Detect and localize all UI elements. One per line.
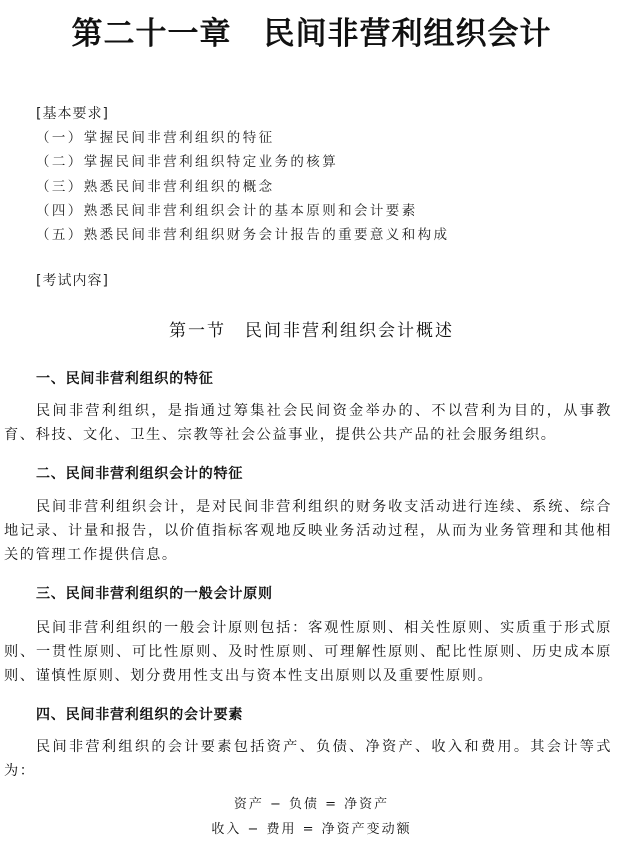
requirement-item: （五）熟悉民间非营利组织财务会计报告的重要意义和构成 [36, 223, 449, 247]
equation-net-assets-change: 收入 − 费用 = 净资产变动额 [0, 818, 623, 837]
subsection-body: 民间非营利组织会计，是对民间非营利组织的财务收支活动进行连续、系统、综合地记录、… [4, 495, 612, 567]
exam-content-heading: [考试内容] [36, 270, 109, 290]
requirement-item: （二）掌握民间非营利组织特定业务的核算 [36, 150, 449, 174]
subsection-body: 民间非营利组织的会计要素包括资产、负债、净资产、收入和费用。其会计等式为： [4, 735, 612, 783]
subsection-heading: 二、民间非营利组织会计的特征 [36, 463, 243, 483]
chapter-title: 第二十一章 民间非营利组织会计 [0, 8, 623, 53]
basic-requirements-heading: [基本要求] [36, 103, 109, 123]
subsection-body: 民间非营利组织的一般会计原则包括：客观性原则、相关性原则、实质重于形式原则、一贯… [4, 616, 612, 688]
basic-requirements-list: （一）掌握民间非营利组织的特征 （二）掌握民间非营利组织特定业务的核算 （三）熟… [36, 126, 449, 247]
requirement-item: （三）熟悉民间非营利组织的概念 [36, 175, 449, 199]
section-title: 第一节 民间非营利组织会计概述 [0, 316, 623, 341]
subsection-body: 民间非营利组织，是指通过筹集社会民间资金举办的、不以营利为目的，从事教育、科技、… [4, 399, 612, 447]
subsection-heading: 四、民间非营利组织的会计要素 [36, 704, 243, 724]
requirement-item: （一）掌握民间非营利组织的特征 [36, 126, 449, 150]
equation-net-assets: 资产 − 负债 = 净资产 [0, 793, 623, 812]
subsection-heading: 三、民间非营利组织的一般会计原则 [36, 583, 273, 603]
requirement-item: （四）熟悉民间非营利组织会计的基本原则和会计要素 [36, 199, 449, 223]
subsection-heading: 一、民间非营利组织的特征 [36, 368, 214, 388]
